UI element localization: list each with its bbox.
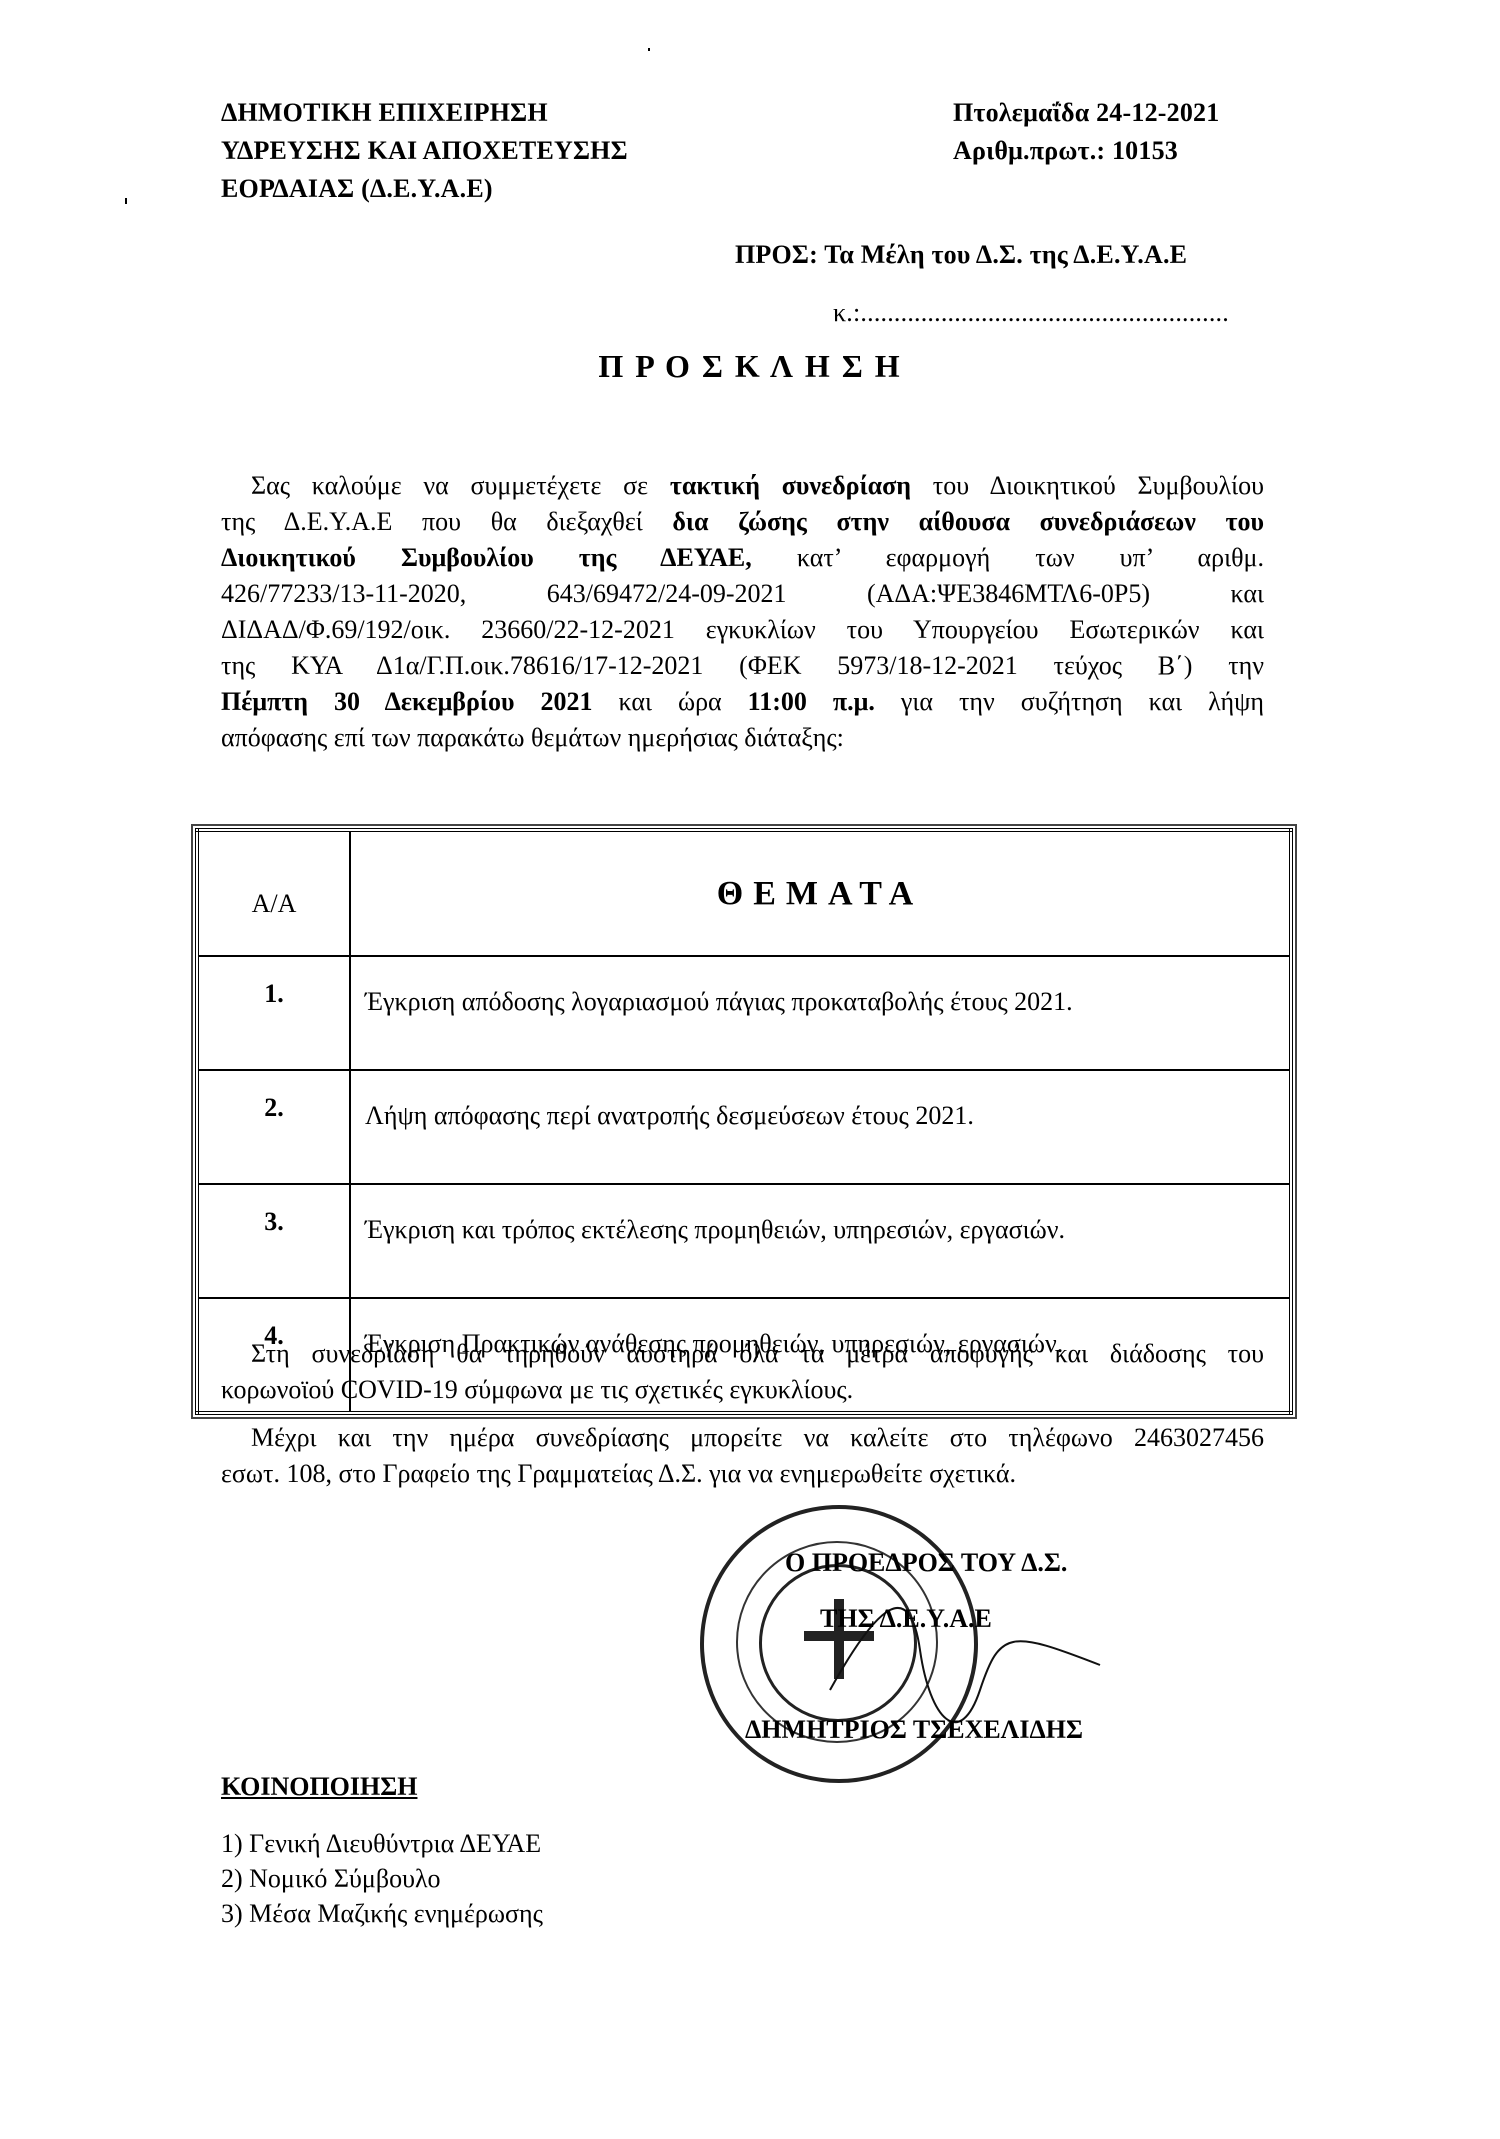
place-date: Πτολεμαΐδα 24-12-2021 — [953, 94, 1219, 132]
signatory-name: ΔΗΜΗΤΡΙΟΣ ΤΣΕΧΕΛΙΔΗΣ — [745, 1715, 1083, 1745]
document-title: Π Ρ Ο Σ Κ Λ Η Σ Η — [0, 348, 1500, 385]
text: Σας καλούμε να συμμετέχετε σε — [251, 471, 670, 500]
scan-speck — [648, 48, 650, 51]
invitation-paragraph: Σας καλούμε να συμμετέχετε σε τακτική συ… — [221, 468, 1264, 756]
item-number: 2. — [197, 1070, 350, 1184]
sender-line: ΥΔΡΕΥΣΗΣ ΚΑΙ ΑΠΟΧΕΤΕΥΣΗΣ — [221, 132, 628, 170]
item-number: 3. — [197, 1184, 350, 1298]
protocol-number: Αριθμ.πρωτ.: 10153 — [953, 132, 1219, 170]
agenda-header-row: Α/Α ΘΕΜΑΤΑ — [197, 830, 1291, 956]
recipient-line: ΠΡΟΣ: Τα Μέλη του Δ.Σ. της Δ.Ε.Υ.Α.Ε — [735, 236, 1187, 274]
signatory-role: Ο ΠΡΟΕΔΡΟΣ ΤΟΥ Δ.Σ. — [785, 1548, 1067, 1578]
text: κατ’ εφαρμογή των υπ’ αριθμ. — [752, 543, 1264, 572]
table-row: 2. Λήψη απόφασης περί ανατροπής δεσμεύσε… — [197, 1070, 1291, 1184]
paragraph-line: εσωτ. 108, στο Γραφείο της Γραμματείας Δ… — [221, 1456, 1264, 1492]
list-item: 1) Γενική Διευθύντρια ΔΕΥΑΕ — [221, 1826, 543, 1861]
paragraph-line: της ΚΥΑ Δ1α/Γ.Π.οικ.78616/17-12-2021 (ΦΕ… — [221, 648, 1264, 684]
list-item: 2) Νομικό Σύμβουλο — [221, 1861, 543, 1896]
paragraph-line: Στη συνεδρίαση θα τηρηθούν αυστηρά όλα τ… — [221, 1336, 1264, 1372]
col-header-topics: ΘΕΜΑΤΑ — [350, 830, 1291, 956]
scan-speck — [125, 198, 127, 204]
paragraph-line: της Δ.Ε.Υ.Α.Ε που θα διεξαχθεί δια ζώσης… — [221, 504, 1264, 540]
recipient-name-line: κ.:.....................................… — [833, 294, 1229, 332]
sender-line: ΕΟΡΔΑΙΑΣ (Δ.Ε.Υ.Α.Ε) — [221, 170, 628, 208]
distribution-heading: ΚΟΙΝΟΠΟΙΗΣΗ — [221, 1772, 417, 1802]
meeting-mode: δια ζώσης στην αίθουσα συνεδριάσεων του — [672, 507, 1264, 536]
meta-block: Πτολεμαΐδα 24-12-2021 Αριθμ.πρωτ.: 10153 — [953, 94, 1219, 170]
board-name: Διοικητικού Συμβουλίου της ΔΕΥΑΕ, — [221, 543, 752, 572]
text: και ώρα — [592, 687, 747, 716]
item-text: Λήψη απόφασης περί ανατροπής δεσμεύσεων … — [350, 1070, 1291, 1184]
meeting-time: 11:00 π.μ. — [748, 687, 875, 716]
paragraph-line: κορωνοϊού COVID-19 σύμφωνα με τις σχετικ… — [221, 1372, 1264, 1408]
item-text: Έγκριση και τρόπος εκτέλεσης προμηθειών,… — [350, 1184, 1291, 1298]
table-row: 3. Έγκριση και τρόπος εκτέλεσης προμηθει… — [197, 1184, 1291, 1298]
paragraph-line: απόφασης επί των παρακάτω θεμάτων ημερήσ… — [221, 720, 1264, 756]
meeting-date: Πέμπτη 30 Δεκεμβρίου 2021 — [221, 687, 592, 716]
paragraph-line: Σας καλούμε να συμμετέχετε σε τακτική συ… — [221, 468, 1264, 504]
paragraph-line: Πέμπτη 30 Δεκεμβρίου 2021 και ώρα 11:00 … — [221, 684, 1264, 720]
sender-line: ΔΗΜΟΤΙΚΗ ΕΠΙΧΕΙΡΗΣΗ — [221, 94, 628, 132]
contact-paragraph: Μέχρι και την ημέρα συνεδρίασης μπορείτε… — [221, 1420, 1264, 1492]
covid-paragraph: Στη συνεδρίαση θα τηρηθούν αυστηρά όλα τ… — [221, 1336, 1264, 1408]
paragraph-line: 426/77233/13-11-2020, 643/69472/24-09-20… — [221, 576, 1264, 612]
distribution-list: 1) Γενική Διευθύντρια ΔΕΥΑΕ 2) Νομικό Σύ… — [221, 1826, 543, 1931]
list-item: 3) Μέσα Μαζικής ενημέρωσης — [221, 1896, 543, 1931]
text: του Διοικητικού Συμβουλίου — [911, 471, 1264, 500]
meeting-type: τακτική συνεδρίαση — [670, 471, 911, 500]
sender-block: ΔΗΜΟΤΙΚΗ ΕΠΙΧΕΙΡΗΣΗ ΥΔΡΕΥΣΗΣ ΚΑΙ ΑΠΟΧΕΤΕ… — [221, 94, 628, 208]
paragraph-line: Διοικητικού Συμβουλίου της ΔΕΥΑΕ, κατ’ ε… — [221, 540, 1264, 576]
text: της Δ.Ε.Υ.Α.Ε που θα διεξαχθεί — [221, 507, 672, 536]
col-header-number: Α/Α — [197, 830, 350, 956]
paragraph-line: Μέχρι και την ημέρα συνεδρίασης μπορείτε… — [221, 1420, 1264, 1456]
agenda-table: Α/Α ΘΕΜΑΤΑ 1. Έγκριση απόδοσης λογαριασμ… — [195, 828, 1293, 1415]
signatory-org: ΤΗΣ Δ.Ε.Υ.Α.Ε — [820, 1604, 992, 1634]
text: για την συζήτηση και λήψη — [875, 687, 1264, 716]
paragraph-line: ΔΙΔΑΔ/Φ.69/192/οικ. 23660/22-12-2021 εγκ… — [221, 612, 1264, 648]
item-number: 1. — [197, 956, 350, 1070]
item-text: Έγκριση απόδοσης λογαριασμού πάγιας προκ… — [350, 956, 1291, 1070]
table-row: 1. Έγκριση απόδοσης λογαριασμού πάγιας π… — [197, 956, 1291, 1070]
